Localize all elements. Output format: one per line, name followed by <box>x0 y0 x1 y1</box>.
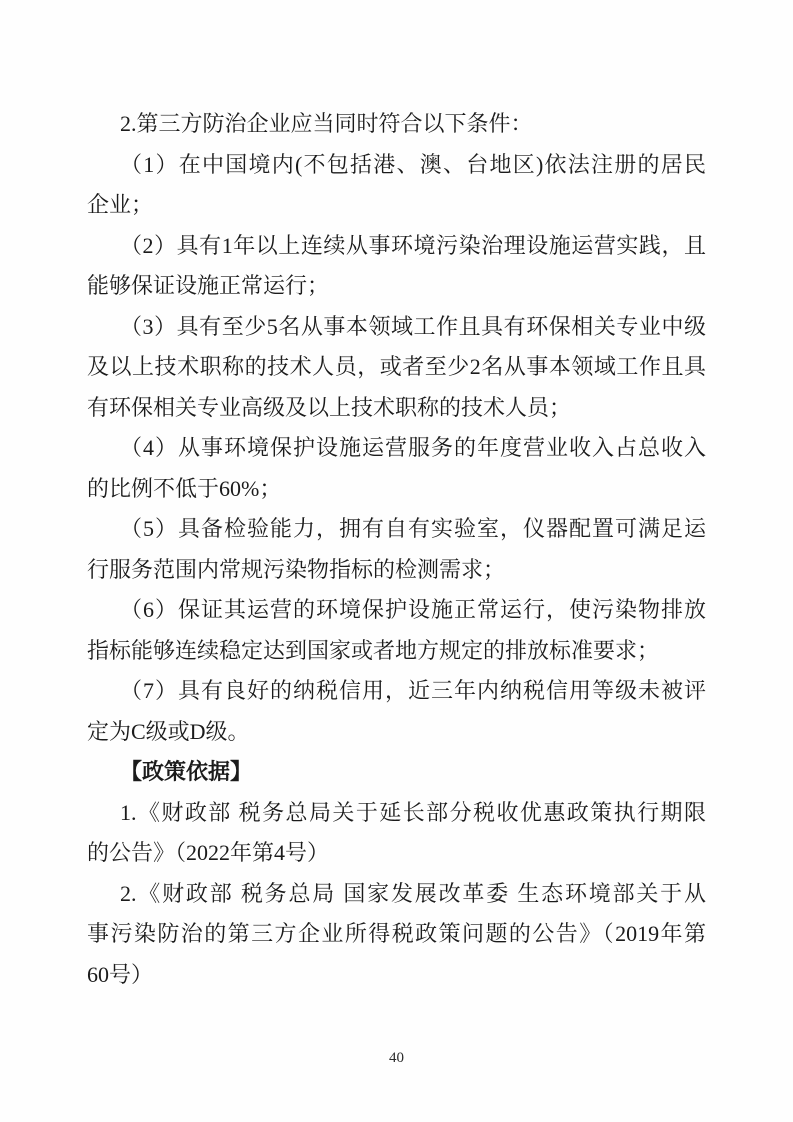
condition-6-line-1: （6）保证其运营的环境保护设施正常运行，使污染物排放 <box>87 590 706 631</box>
condition-3-line-2: 及以上技术职称的技术人员，或者至少2名从事本领域工作且具 <box>87 347 706 388</box>
condition-6-line-2: 指标能够连续稳定达到国家或者地方规定的排放标准要求； <box>87 631 706 672</box>
condition-3-line-1: （3）具有至少5名从事本领域工作且具有环保相关专业中级 <box>87 307 706 348</box>
condition-1-line-1: （1）在中国境内(不包括港、澳、台地区)依法注册的居民 <box>87 145 706 186</box>
condition-4-line-2: 的比例不低于60%； <box>87 469 706 510</box>
condition-7-line-2: 定为C级或D级。 <box>87 712 706 753</box>
condition-7-line-1: （7）具有良好的纳税信用，近三年内纳税信用等级未被评 <box>87 671 706 712</box>
condition-5-line-2: 行服务范围内常规污染物指标的检测需求； <box>87 550 706 591</box>
condition-4-line-1: （4）从事环境保护设施运营服务的年度营业收入占总收入 <box>87 428 706 469</box>
page-body-text: 2.第三方防治企业应当同时符合以下条件：（1）在中国境内(不包括港、澳、台地区)… <box>87 104 706 995</box>
policy-reference-2-line-2: 事污染防治的第三方企业所得税政策问题的公告》（2019年第 <box>87 914 706 955</box>
document-page: 2.第三方防治企业应当同时符合以下条件：（1）在中国境内(不包括港、澳、台地区)… <box>0 0 793 1122</box>
condition-1-line-2: 企业； <box>87 185 706 226</box>
condition-2-line-1: （2）具有1年以上连续从事环境污染治理设施运营实践，且 <box>87 226 706 267</box>
policy-reference-1-line-1: 1.《财政部 税务总局关于延长部分税收优惠政策执行期限 <box>87 793 706 834</box>
policy-reference-2-line-3: 60号） <box>87 955 706 996</box>
page-number: 40 <box>0 1050 793 1067</box>
condition-2-line-2: 能够保证设施正常运行； <box>87 266 706 307</box>
policy-reference-1-line-2: 的公告》（2022年第4号） <box>87 833 706 874</box>
item-2-conditions-intro-line-1: 2.第三方防治企业应当同时符合以下条件： <box>87 104 706 145</box>
policy-reference-2-line-1: 2.《财政部 税务总局 国家发展改革委 生态环境部关于从 <box>87 874 706 915</box>
policy-basis-heading-line-1: 【政策依据】 <box>87 752 706 793</box>
condition-5-line-1: （5）具备检验能力，拥有自有实验室，仪器配置可满足运 <box>87 509 706 550</box>
condition-3-line-3: 有环保相关专业高级及以上技术职称的技术人员； <box>87 388 706 429</box>
